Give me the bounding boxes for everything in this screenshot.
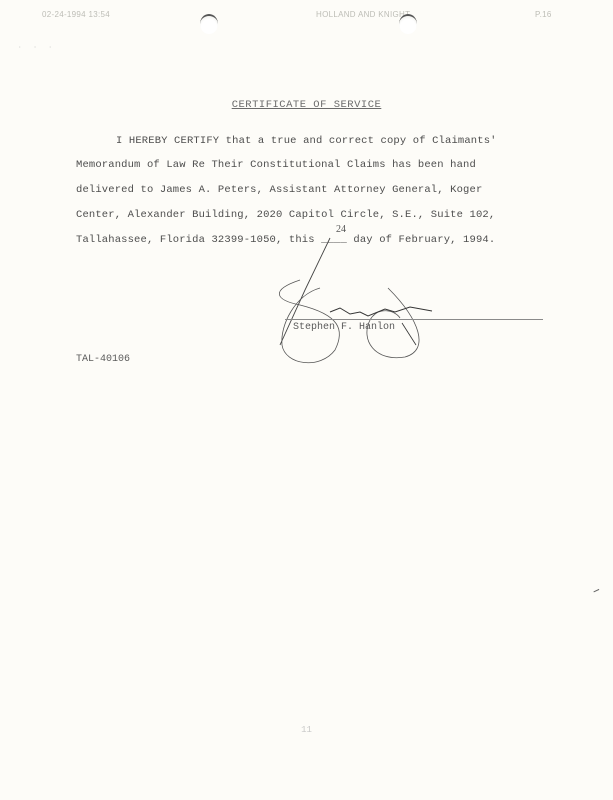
handwritten-day: 24 (336, 224, 346, 235)
page-number: 11 (0, 725, 613, 735)
handwritten-signature: 24 (0, 0, 613, 800)
signatory-name: Stephen F. Hanlon (293, 322, 395, 333)
signature-line (285, 319, 543, 320)
document-id: TAL-40106 (76, 354, 130, 365)
